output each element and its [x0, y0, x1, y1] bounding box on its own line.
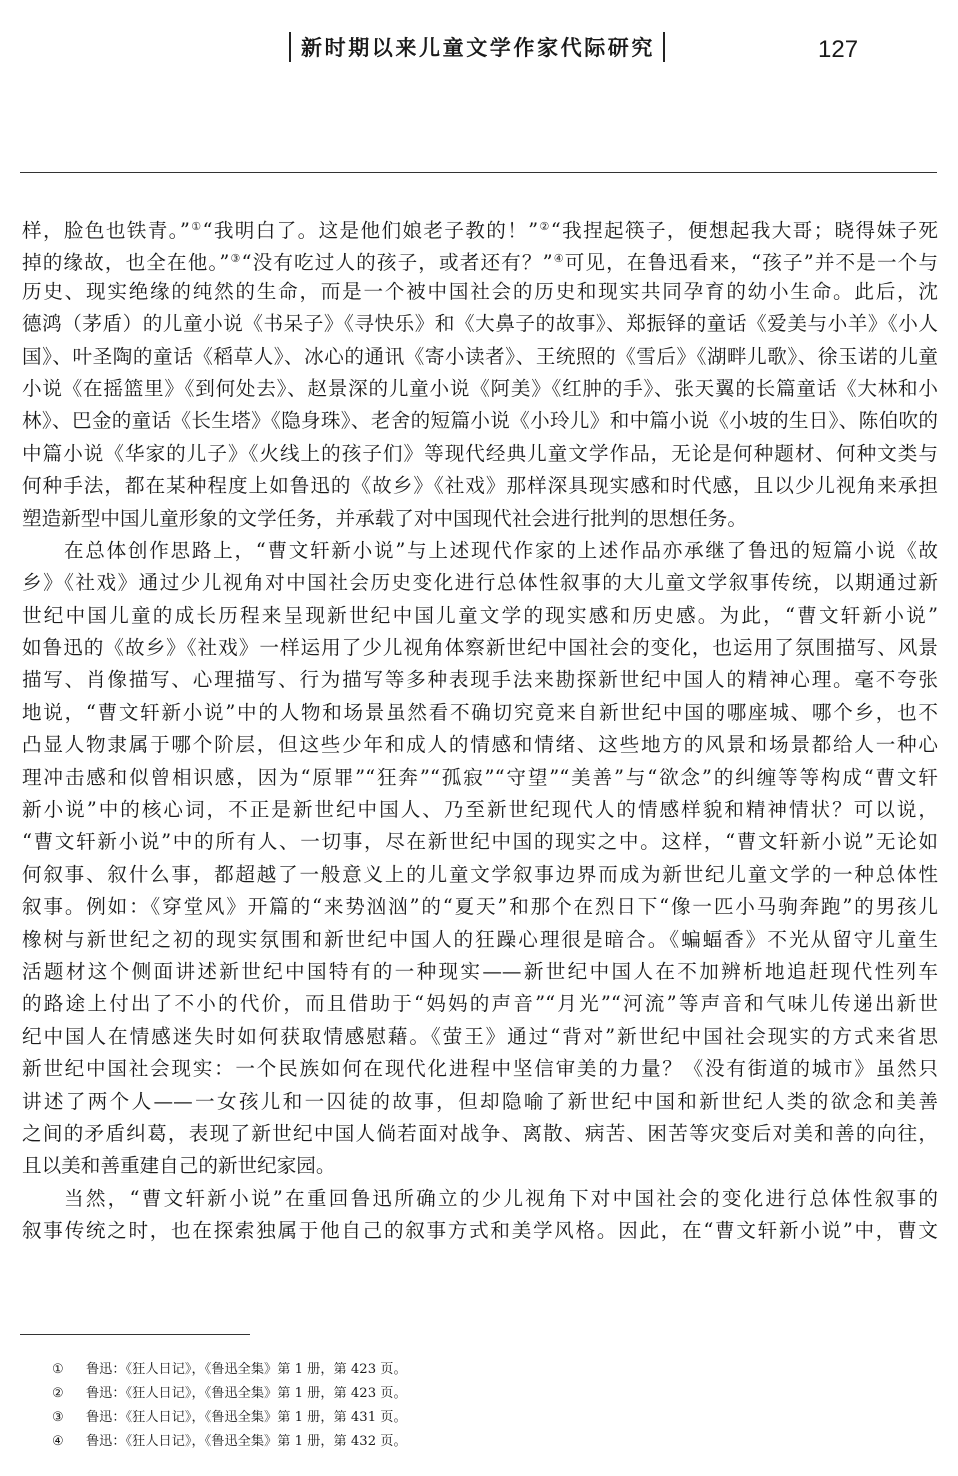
text-line: 讲述了两个人——一女孩儿和一囚徒的故事，但却隐喻了新世纪中国和新世纪人类的欲念和…	[22, 1086, 938, 1118]
text-line: 何种手法，都在某种程度上如鲁迅的《故乡》《社戏》那样深具现实感和时代感，且以少儿…	[22, 470, 938, 502]
paragraph-first-line: 在总体创作思路上，“曹文轩新小说”与上述现代作家的上述作品亦承继了鲁迅的短篇小说…	[22, 535, 938, 567]
text-line: 塑造新型中国儿童形象的文学任务，并承载了对中国现代社会进行批判的思想任务。	[22, 503, 938, 535]
text-line: 橡树与新世纪之初的现实氛围和新世纪中国人的狂躁心理很是暗合。《蝙蝠香》不光从留守…	[22, 924, 938, 956]
text-line: 掉的缘故，也全在他。”③“没有吃过人的孩子，或者还有？”④可见，在鲁迅看来，“孩…	[22, 243, 938, 275]
text-line: 的路途上付出了不小的代价，而且借助于“妈妈的声音”“月光”“河流”等声音和气味儿…	[22, 988, 938, 1020]
running-title: 新时期以来儿童文学作家代际研究	[291, 32, 663, 62]
footnote-mark: ②	[52, 1382, 86, 1406]
footnote-rule	[20, 1334, 250, 1335]
text-line: 叙事。例如：《穿堂风》开篇的“来势汹汹”的“夏天”和那个在烈日下“像一匹小马驹奔…	[22, 891, 938, 923]
text-line: 德鸿（茅盾）的儿童小说《书呆子》《寻快乐》和《大鼻子的故事》、郑振铎的童话《爱美…	[22, 308, 938, 340]
text-run: 可见，在鲁迅看来，“孩子”并不是一个与	[565, 251, 938, 274]
footnote-mark: ④	[52, 1430, 86, 1454]
footnote-text: 鲁迅：《狂人日记》，《鲁迅全集》第 1 册，第 423 页。	[86, 1358, 407, 1382]
running-head: 新时期以来儿童文学作家代际研究	[289, 30, 665, 64]
header-right-bar	[663, 32, 665, 62]
text-run: “我明白了。这是他们娘老子教的！”	[202, 219, 538, 242]
text-line: 地说，“曹文轩新小说”中的人物和场景虽然看不确切究竟来自新世纪中国的哪座城、哪个…	[22, 697, 938, 729]
text-line: 小说《在摇篮里》《到何处去》、赵景深的儿童小说《阿美》《红肿的手》、张天翼的长篇…	[22, 373, 938, 405]
text-line: 描写、肖像描写、心理描写、行为描写等多种表现手法来勘探新世纪中国人的精神心理。毫…	[22, 664, 938, 696]
footnote: ④鲁迅：《狂人日记》，《鲁迅全集》第 1 册，第 432 页。	[52, 1430, 652, 1454]
footnotes: ①鲁迅：《狂人日记》，《鲁迅全集》第 1 册，第 423 页。②鲁迅：《狂人日记…	[52, 1358, 652, 1454]
paragraph-first-line: 当然，“曹文轩新小说”在重回鲁迅所确立的少儿视角下对中国社会的变化进行总体性叙事…	[22, 1183, 938, 1215]
footnote-text: 鲁迅：《狂人日记》，《鲁迅全集》第 1 册，第 432 页。	[86, 1430, 407, 1454]
text-line: 中篇小说《华家的儿子》《火线上的孩子们》等现代经典儿童文学作品，无论是何种题材、…	[22, 438, 938, 470]
text-run: “没有吃过人的孩子，或者还有？”	[241, 251, 552, 274]
footnote-mark: ①	[52, 1358, 86, 1382]
text-run: 样，脸色也铁青。”	[22, 219, 190, 242]
text-line: 且以美和善重建自己的新世纪家园。	[22, 1150, 938, 1182]
text-run: “我捏起筷子，便想起我大哥；晓得妹子死	[551, 219, 938, 242]
text-line: “曹文轩新小说”中的所有人、一切事，尽在新世纪中国的现实之中。这样，“曹文轩新小…	[22, 826, 938, 858]
text-line: 如鲁迅的《故乡》《社戏》一样运用了少儿视角体察新世纪中国社会的变化，也运用了氛围…	[22, 632, 938, 664]
text-line: 样，脸色也铁青。”①“我明白了。这是他们娘老子教的！”②“我捏起筷子，便想起我大…	[22, 211, 938, 243]
text-line: 之间的矛盾纠葛，表现了新世纪中国人倘若面对战争、离散、病苦、困苦等灾变后对美和善…	[22, 1118, 938, 1150]
text-line: 叙事传统之时，也在探索独属于他自己的叙事方式和美学风格。因此，在“曹文轩新小说”…	[22, 1215, 938, 1247]
text-line: 活题材这个侧面讲述新世纪中国特有的一种现实——新世纪中国人在不加辨析地追赶现代性…	[22, 956, 938, 988]
text-line: 何叙事、叙什么事，都超越了一般意义上的儿童文学叙事边界而成为新世纪儿童文学的一种…	[22, 859, 938, 891]
footnote-text: 鲁迅：《狂人日记》，《鲁迅全集》第 1 册，第 431 页。	[86, 1406, 407, 1430]
text-line: 林》、巴金的童话《长生塔》《隐身珠》、老舍的短篇小说《小玲儿》和中篇小说《小坡的…	[22, 405, 938, 437]
footnote-reference[interactable]: ①	[190, 220, 203, 233]
footnote-mark: ③	[52, 1406, 86, 1430]
footnote: ①鲁迅：《狂人日记》，《鲁迅全集》第 1 册，第 423 页。	[52, 1358, 652, 1382]
text-line: 国》、叶圣陶的童话《稻草人》、冰心的通讯《寄小读者》、王统照的《雪后》《湖畔儿歌…	[22, 341, 938, 373]
text-line: 世纪中国儿童的成长历程来呈现新世纪中国儿童文学的现实感和历史感。为此，“曹文轩新…	[22, 600, 938, 632]
text-line: 乡》《社戏》通过少儿视角对中国社会历史变化进行总体性叙事的大儿童文学叙事传统，以…	[22, 567, 938, 599]
footnote-reference[interactable]: ④	[553, 252, 565, 265]
text-line: 新世纪中国社会现实：一个民族如何在现代化进程中坚信审美的力量？《没有街道的城市》…	[22, 1053, 938, 1085]
footnote-reference[interactable]: ②	[538, 220, 551, 233]
body-text: 样，脸色也铁青。”①“我明白了。这是他们娘老子教的！”②“我捏起筷子，便想起我大…	[22, 211, 938, 1248]
header-rule	[20, 172, 937, 173]
footnote-reference[interactable]: ③	[229, 252, 241, 265]
text-run: 掉的缘故，也全在他。”	[22, 251, 229, 274]
text-line: 纪中国人在情感迷失时如何获取情感慰藉。《萤王》通过“背对”新世纪中国社会现实的方…	[22, 1021, 938, 1053]
page-number: 127	[818, 36, 858, 64]
footnote: ③鲁迅：《狂人日记》，《鲁迅全集》第 1 册，第 431 页。	[52, 1406, 652, 1430]
text-line: 历史、现实绝缘的纯然的生命，而是一个被中国社会的历史和现实共同孕育的幼小生命。此…	[22, 276, 938, 308]
text-line: 理冲击感和似曾相识感，因为“原罪”“狂奔”“孤寂”“守望”“美善”与“欲念”的纠…	[22, 762, 938, 794]
footnote: ②鲁迅：《狂人日记》，《鲁迅全集》第 1 册，第 423 页。	[52, 1382, 652, 1406]
text-line: 凸显人物隶属于哪个阶层，但这些少年和成人的情感和情绪、这些地方的风景和场景都给人…	[22, 729, 938, 761]
text-line: 新小说”中的核心词，不正是新世纪中国人、乃至新世纪现代人的情感样貌和精神情状？可…	[22, 794, 938, 826]
footnote-text: 鲁迅：《狂人日记》，《鲁迅全集》第 1 册，第 423 页。	[86, 1382, 407, 1406]
